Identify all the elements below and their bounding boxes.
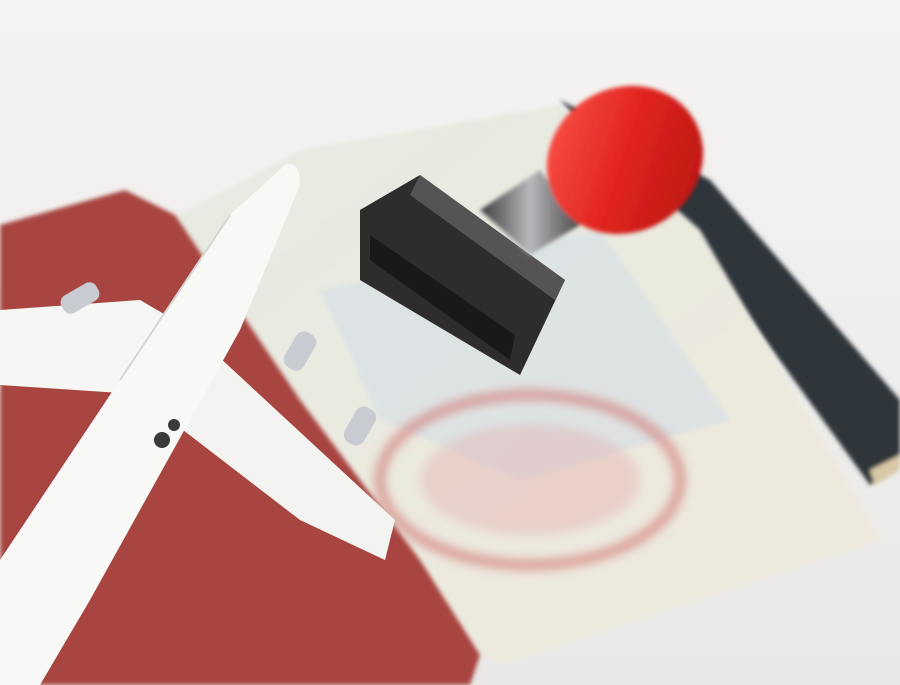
photo-scene <box>0 0 900 685</box>
photo-illustration <box>0 0 900 685</box>
